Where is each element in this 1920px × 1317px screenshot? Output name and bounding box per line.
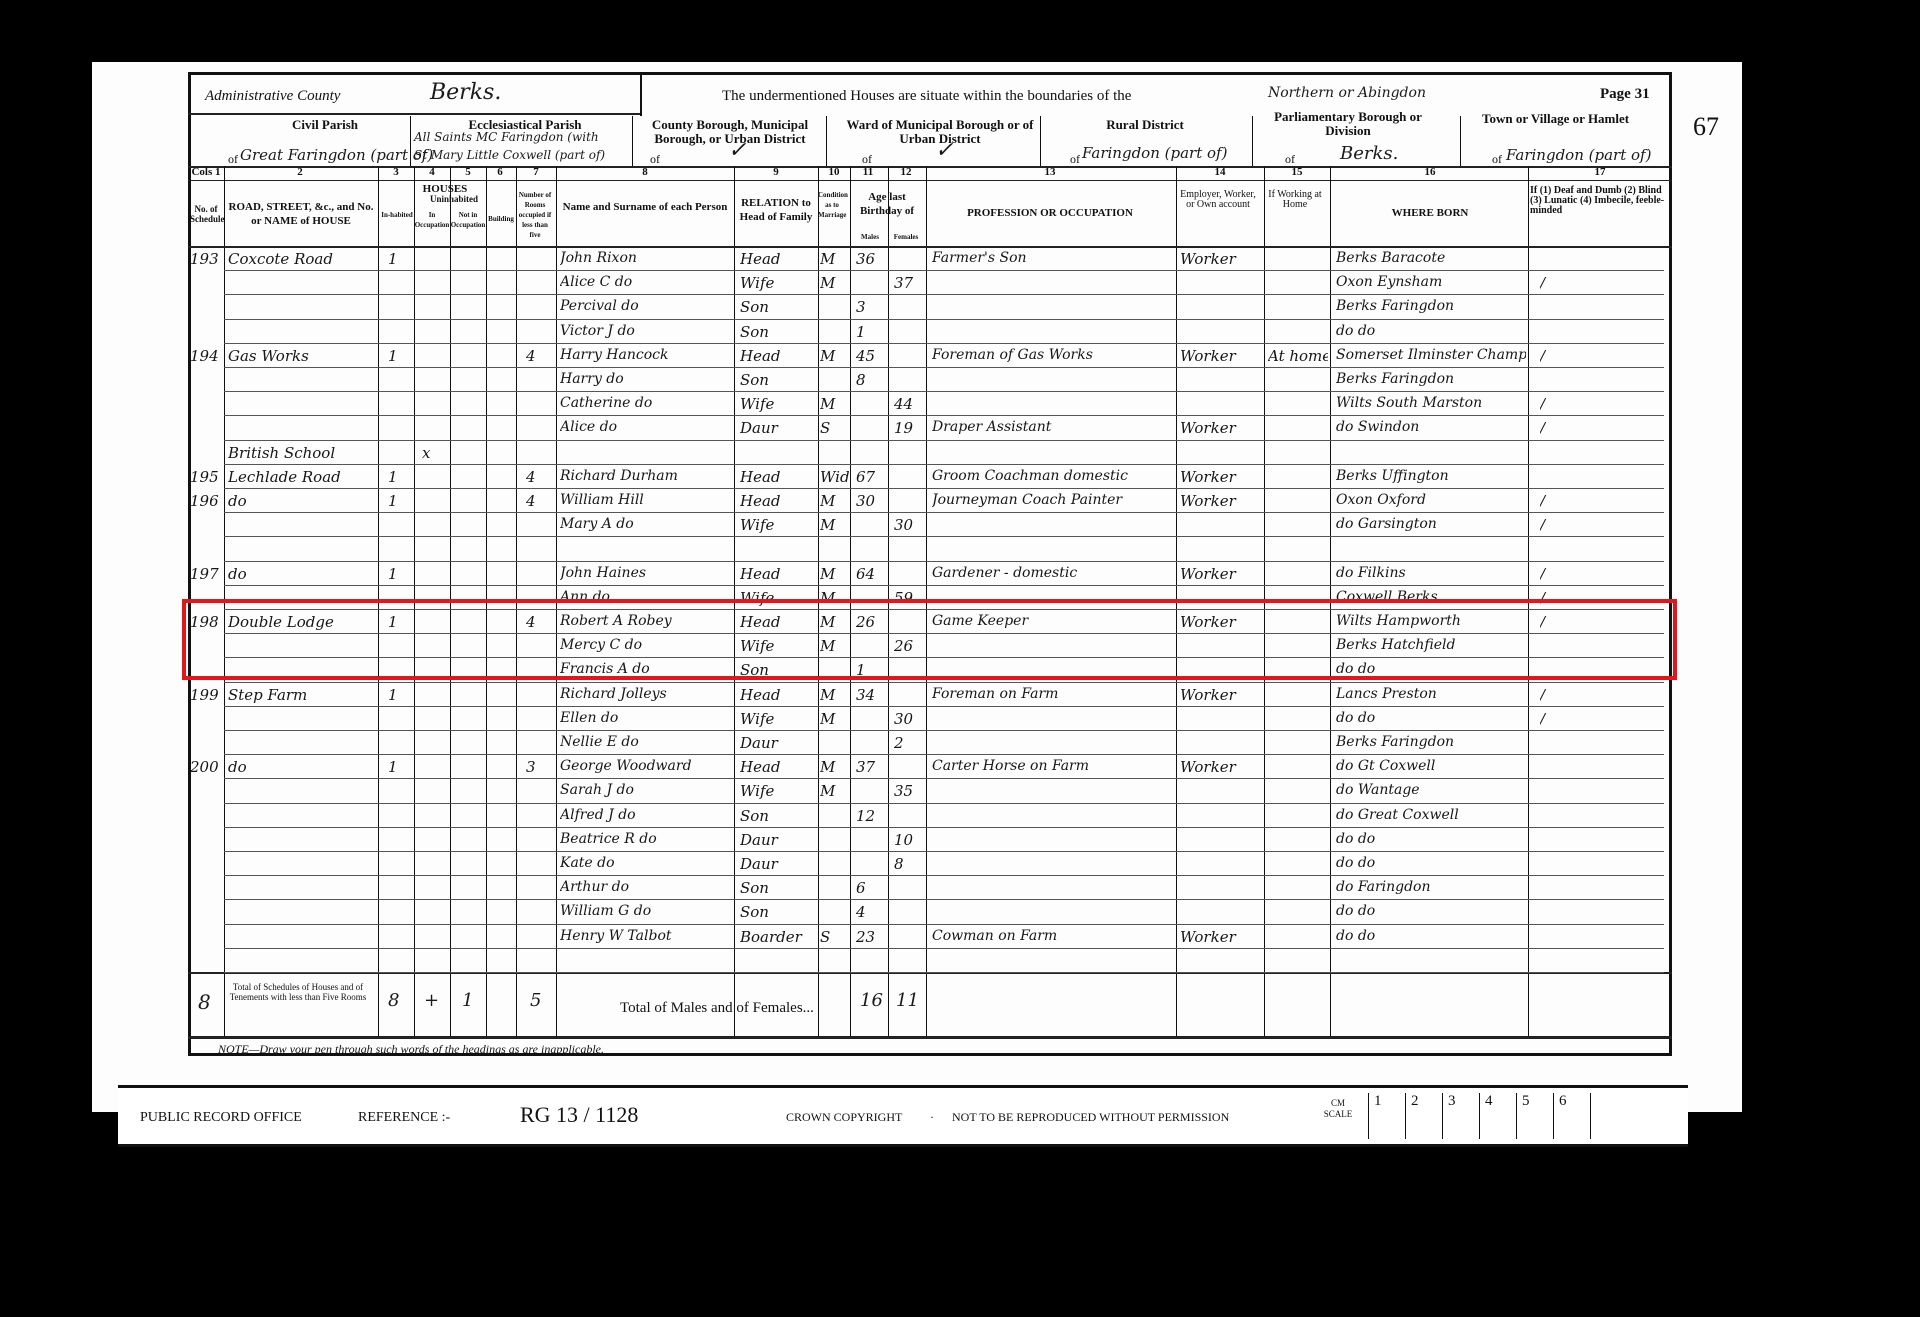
- cell-schedule: 199: [190, 686, 222, 704]
- ward-value: ✓: [935, 138, 953, 163]
- cell-schedule: 193: [190, 250, 222, 268]
- column-number: 12: [886, 166, 926, 178]
- cell-born: do do: [1336, 831, 1526, 847]
- cell-female-age: 2: [894, 734, 924, 752]
- scale-tick: 2: [1405, 1093, 1442, 1139]
- cm-scale-label: CM SCALE: [1323, 1098, 1353, 1120]
- cell-condition: M: [820, 686, 850, 704]
- civil-parish-label: Civil Parish: [250, 118, 400, 132]
- cell-infirmity: /: [1540, 516, 1660, 534]
- cell-born: do do: [1336, 323, 1526, 339]
- cell-condition: M: [820, 782, 850, 800]
- cell-name: Beatrice R do: [560, 831, 732, 847]
- reference-label: REFERENCE :-: [358, 1110, 450, 1126]
- cell-infirmity: /: [1540, 419, 1660, 437]
- cell-name: Alice do: [560, 419, 732, 435]
- cell-male-age: 12: [856, 807, 886, 825]
- cell-rooms: 4: [526, 347, 554, 365]
- office-name: PUBLIC RECORD OFFICE: [140, 1110, 302, 1126]
- cell-inhabited: 1: [388, 686, 412, 704]
- cell-born: do Filkins: [1336, 565, 1526, 581]
- cell-name: William Hill: [560, 492, 732, 508]
- column-number: 7: [516, 166, 556, 178]
- cell-relation: Head: [740, 250, 816, 268]
- cell-occupation: Draper Assistant: [932, 419, 1172, 435]
- cell-uninhabited: x: [422, 444, 448, 462]
- cell-relation: Son: [740, 807, 816, 825]
- total-males: 16: [860, 990, 883, 1011]
- cell-condition: M: [820, 274, 850, 292]
- cell-born: Berks Faringdon: [1336, 734, 1526, 750]
- total-schedules: 8: [198, 990, 211, 1014]
- cell-male-age: 4: [856, 903, 886, 921]
- cell-road: Step Farm: [228, 686, 376, 704]
- cell-relation: Daur: [740, 855, 816, 873]
- scale-tick: 3: [1442, 1093, 1479, 1139]
- cell-condition: M: [820, 565, 850, 583]
- cell-female-age: 30: [894, 710, 924, 728]
- cell-born: Berks Faringdon: [1336, 298, 1526, 314]
- cell-relation: Wife: [740, 395, 816, 413]
- cell-male-age: 34: [856, 686, 886, 704]
- cell-relation: Head: [740, 758, 816, 776]
- col-header-where-born: WHERE BORN: [1335, 206, 1525, 220]
- cell-name: Alfred J do: [560, 807, 732, 823]
- cell-rooms: 4: [526, 492, 554, 510]
- col-header-rooms: Number of Rooms occupied if less than fi…: [517, 190, 553, 240]
- cell-male-age: 36: [856, 250, 886, 268]
- scale-tick: 6: [1553, 1093, 1590, 1139]
- cell-occupation: Foreman on Farm: [932, 686, 1172, 702]
- col-header-building: Building: [486, 214, 516, 224]
- cell-male-age: 45: [856, 347, 886, 365]
- column-number: 15: [1277, 166, 1317, 178]
- cell-condition: M: [820, 710, 850, 728]
- column-number: Cols 1: [186, 166, 226, 178]
- cell-born: Oxon Oxford: [1336, 492, 1526, 508]
- reproduction-notice: NOT TO BE REPRODUCED WITHOUT PERMISSION: [952, 1110, 1229, 1125]
- cell-name: Ellen do: [560, 710, 732, 726]
- scale-tick: 4: [1479, 1093, 1516, 1139]
- cell-relation: Daur: [740, 419, 816, 437]
- cell-male-age: 64: [856, 565, 886, 583]
- cell-inhabited: 1: [388, 468, 412, 486]
- cell-name: Harry Hancock: [560, 347, 732, 363]
- cell-schedule: 194: [190, 347, 222, 365]
- cell-employment: Worker: [1180, 347, 1262, 365]
- column-number: 17: [1580, 166, 1620, 178]
- total-males-females-label: Total of Males and of Females...: [620, 1000, 814, 1017]
- cell-name: John Rixon: [560, 250, 732, 266]
- cell-infirmity: /: [1540, 686, 1660, 704]
- cell-relation: Head: [740, 492, 816, 510]
- col-header-condition: Condition as to Marriage: [818, 190, 846, 220]
- cell-relation: Wife: [740, 274, 816, 292]
- cell-male-age: 8: [856, 371, 886, 389]
- cell-male-age: 6: [856, 879, 886, 897]
- cell-name: Catherine do: [560, 395, 732, 411]
- cell-male-age: 30: [856, 492, 886, 510]
- cell-name: Richard Jolleys: [560, 686, 732, 702]
- column-number: 13: [1030, 166, 1070, 178]
- admin-county-value: Berks.: [430, 80, 501, 105]
- cell-condition: M: [820, 250, 850, 268]
- cell-name: Victor J do: [560, 323, 732, 339]
- column-number: 8: [625, 166, 665, 178]
- total-not-in-occupation: 1: [462, 990, 473, 1011]
- col-header-males: Males: [852, 232, 888, 242]
- cell-employment: Worker: [1180, 928, 1262, 946]
- col-header-relation: RELATION to Head of Family: [734, 196, 818, 224]
- col-header-schedule: No. of Schedule: [190, 204, 222, 224]
- cell-female-age: 8: [894, 855, 924, 873]
- cell-name: Harry do: [560, 371, 732, 387]
- town-value: Faringdon (part of): [1506, 146, 1651, 164]
- cell-name: William G do: [560, 903, 732, 919]
- cell-condition: M: [820, 492, 850, 510]
- cell-name: Mary A do: [560, 516, 732, 532]
- col-header-name: Name and Surname of each Person: [560, 200, 730, 214]
- column-number: 2: [280, 166, 320, 178]
- cell-relation: Son: [740, 903, 816, 921]
- cell-infirmity: /: [1540, 710, 1660, 728]
- cell-inhabited: 1: [388, 250, 412, 268]
- cell-inhabited: 1: [388, 492, 412, 510]
- cell-born: do Wantage: [1336, 782, 1526, 798]
- cell-name: Alice C do: [560, 274, 732, 290]
- highlight-box-schedule-198: [182, 599, 1677, 680]
- cell-born: do Swindon: [1336, 419, 1526, 435]
- cell-occupation: Cowman on Farm: [932, 928, 1172, 944]
- cell-male-age: 1: [856, 323, 886, 341]
- column-number: 3: [376, 166, 416, 178]
- cell-schedule: 200: [190, 758, 222, 776]
- cell-inhabited: 1: [388, 758, 412, 776]
- cell-road: Coxcote Road: [228, 250, 376, 268]
- cell-occupation: Groom Coachman domestic: [932, 468, 1172, 484]
- cell-relation: Wife: [740, 710, 816, 728]
- cell-relation: Daur: [740, 734, 816, 752]
- col-header-at-home: If Working at Home: [1266, 190, 1324, 210]
- cell-female-age: 35: [894, 782, 924, 800]
- cell-schedule: 196: [190, 492, 222, 510]
- cell-employment: Worker: [1180, 492, 1262, 510]
- cell-employment: Worker: [1180, 565, 1262, 583]
- cell-born: Wilts South Marston: [1336, 395, 1526, 411]
- cell-relation: Wife: [740, 782, 816, 800]
- total-rooms: 5: [530, 990, 541, 1011]
- cell-born: Berks Uffington: [1336, 468, 1526, 484]
- cell-name: Arthur do: [560, 879, 732, 895]
- cell-inhabited: 1: [388, 565, 412, 583]
- cell-female-age: 30: [894, 516, 924, 534]
- cell-born: Berks Faringdon: [1336, 371, 1526, 387]
- parl-division-value: Berks.: [1340, 143, 1398, 164]
- cell-relation: Head: [740, 468, 816, 486]
- col-header-road: ROAD, STREET, &c., and No. or NAME of HO…: [226, 200, 376, 228]
- cell-name: George Woodward: [560, 758, 732, 774]
- cell-born: do do: [1336, 928, 1526, 944]
- cell-relation: Son: [740, 371, 816, 389]
- cell-condition: S: [820, 419, 850, 437]
- cell-occupation: Journeyman Coach Painter: [932, 492, 1172, 508]
- admin-county-label: Administrative County: [205, 88, 340, 105]
- col-header-age: Age last Birthday of: [850, 190, 924, 218]
- cell-relation: Head: [740, 347, 816, 365]
- col-header-occupation: PROFESSION OR OCCUPATION: [930, 206, 1170, 220]
- cell-born: Somerset Ilminster Champflower: [1336, 347, 1526, 363]
- cell-condition: S: [820, 928, 850, 946]
- cell-born: Oxon Eynsham: [1336, 274, 1526, 290]
- cell-rooms: 3: [526, 758, 554, 776]
- cell-name: John Haines: [560, 565, 732, 581]
- cell-female-age: 10: [894, 831, 924, 849]
- cell-rooms: 4: [526, 468, 554, 486]
- cell-relation: Head: [740, 686, 816, 704]
- cell-occupation: Carter Horse on Farm: [932, 758, 1172, 774]
- boundary-intro: The undermentioned Houses are situate wi…: [722, 88, 1131, 105]
- cell-relation: Wife: [740, 516, 816, 534]
- cell-name: Percival do: [560, 298, 732, 314]
- scale-tick: 1: [1368, 1093, 1405, 1139]
- cell-schedule: 195: [190, 468, 222, 486]
- cell-born: do Faringdon: [1336, 879, 1526, 895]
- column-number: 16: [1410, 166, 1450, 178]
- cell-born: Lancs Preston: [1336, 686, 1526, 702]
- cell-road: do: [228, 758, 376, 776]
- cell-infirmity: /: [1540, 565, 1660, 583]
- cell-male-age: 37: [856, 758, 886, 776]
- cell-infirmity: /: [1540, 274, 1660, 292]
- cell-relation: Son: [740, 323, 816, 341]
- column-number: 4: [412, 166, 452, 178]
- cell-employment: Worker: [1180, 468, 1262, 486]
- cell-female-age: 19: [894, 419, 924, 437]
- cell-infirmity: /: [1540, 395, 1660, 413]
- cell-schedule: 197: [190, 565, 222, 583]
- rural-district-label: Rural District: [1060, 118, 1230, 132]
- scale-tick: 5: [1516, 1093, 1553, 1139]
- cell-infirmity: /: [1540, 347, 1660, 365]
- parl-division-annotation: Northern or Abingdon: [1268, 85, 1426, 101]
- cell-born: Berks Baracote: [1336, 250, 1526, 266]
- reference-code: RG 13 / 1128: [520, 1102, 638, 1128]
- cell-relation: Son: [740, 879, 816, 897]
- rural-district-value: Faringdon (part of): [1082, 144, 1227, 162]
- cell-male-age: 67: [856, 468, 886, 486]
- cell-employment: Worker: [1180, 758, 1262, 776]
- cell-name: Nellie E do: [560, 734, 732, 750]
- cell-born: do Great Coxwell: [1336, 807, 1526, 823]
- cell-employment: Worker: [1180, 250, 1262, 268]
- civil-parish-value: Great Faringdon (part of): [240, 146, 433, 164]
- cell-road: British School: [228, 444, 376, 462]
- cell-male-age: 3: [856, 298, 886, 316]
- cell-condition: M: [820, 347, 850, 365]
- col-header-females: Females: [888, 232, 924, 242]
- cell-relation: Son: [740, 298, 816, 316]
- cell-born: do do: [1336, 855, 1526, 871]
- page-number: Page 31: [1600, 86, 1650, 103]
- col-header-in-occupation: In Occupation: [414, 210, 450, 230]
- cell-occupation: Farmer's Son: [932, 250, 1172, 266]
- eccl-parish-value-1: All Saints MC Faringdon (with: [414, 130, 599, 144]
- cell-road: do: [228, 492, 376, 510]
- town-label: Town or Village or Hamlet: [1482, 112, 1629, 126]
- cell-relation: Head: [740, 565, 816, 583]
- column-number: 9: [756, 166, 796, 178]
- cell-employment: Worker: [1180, 419, 1262, 437]
- cell-name: Richard Durham: [560, 468, 732, 484]
- cell-born: do Gt Coxwell: [1336, 758, 1526, 774]
- cell-female-age: 44: [894, 395, 924, 413]
- col-header-uninhabited: Uninhabited: [414, 194, 494, 204]
- cell-female-age: 37: [894, 274, 924, 292]
- col-header-employer: Employer, Worker, or Own account: [1176, 190, 1260, 210]
- cell-occupation: Foreman of Gas Works: [932, 347, 1172, 363]
- cell-name: Henry W Talbot: [560, 928, 732, 944]
- cell-condition: M: [820, 516, 850, 534]
- cell-male-age: 23: [856, 928, 886, 946]
- col-header-inhabited: In-habited: [380, 210, 414, 220]
- instruction-note: NOTE—Draw your pen through such words of…: [218, 1042, 604, 1057]
- total-in-occupation: +: [424, 990, 439, 1011]
- cell-road: Lechlade Road: [228, 468, 376, 486]
- column-number: 14: [1200, 166, 1240, 178]
- county-borough-value: ✓: [728, 138, 746, 163]
- cell-condition: M: [820, 395, 850, 413]
- copyright: CROWN COPYRIGHT: [786, 1110, 902, 1125]
- cell-road: Gas Works: [228, 347, 376, 365]
- cell-relation: Boarder: [740, 928, 816, 946]
- cell-inhabited: 1: [388, 347, 412, 365]
- total-inhabited: 8: [388, 990, 399, 1011]
- cell-infirmity: /: [1540, 492, 1660, 510]
- cell-relation: Daur: [740, 831, 816, 849]
- cell-name: Sarah J do: [560, 782, 732, 798]
- col-header-infirmity: If (1) Deaf and Dumb (2) Blind (3) Lunat…: [1530, 186, 1665, 216]
- folio-number: 67: [1693, 112, 1719, 142]
- cell-at-home: At home: [1268, 347, 1328, 365]
- cell-employment: Worker: [1180, 686, 1262, 704]
- cell-occupation: Gardener - domestic: [932, 565, 1172, 581]
- cell-born: do Garsington: [1336, 516, 1526, 532]
- archive-footer: PUBLIC RECORD OFFICE REFERENCE :- RG 13 …: [118, 1085, 1688, 1147]
- parl-division-label: Parliamentary Borough or Division: [1268, 110, 1428, 138]
- cell-born: do do: [1336, 903, 1526, 919]
- column-number: 11: [848, 166, 888, 178]
- total-schedules-label: Total of Schedules of Houses and of Tene…: [228, 982, 368, 1002]
- total-females: 11: [896, 990, 919, 1011]
- cell-name: Kate do: [560, 855, 732, 871]
- cell-born: do do: [1336, 710, 1526, 726]
- cell-condition: M: [820, 758, 850, 776]
- col-header-not-in-occupation: Not in Occupation: [450, 210, 486, 230]
- eccl-parish-value-2: St Mary Little Coxwell (part of): [414, 148, 605, 162]
- cell-condition: Wid: [820, 468, 850, 486]
- cell-road: do: [228, 565, 376, 583]
